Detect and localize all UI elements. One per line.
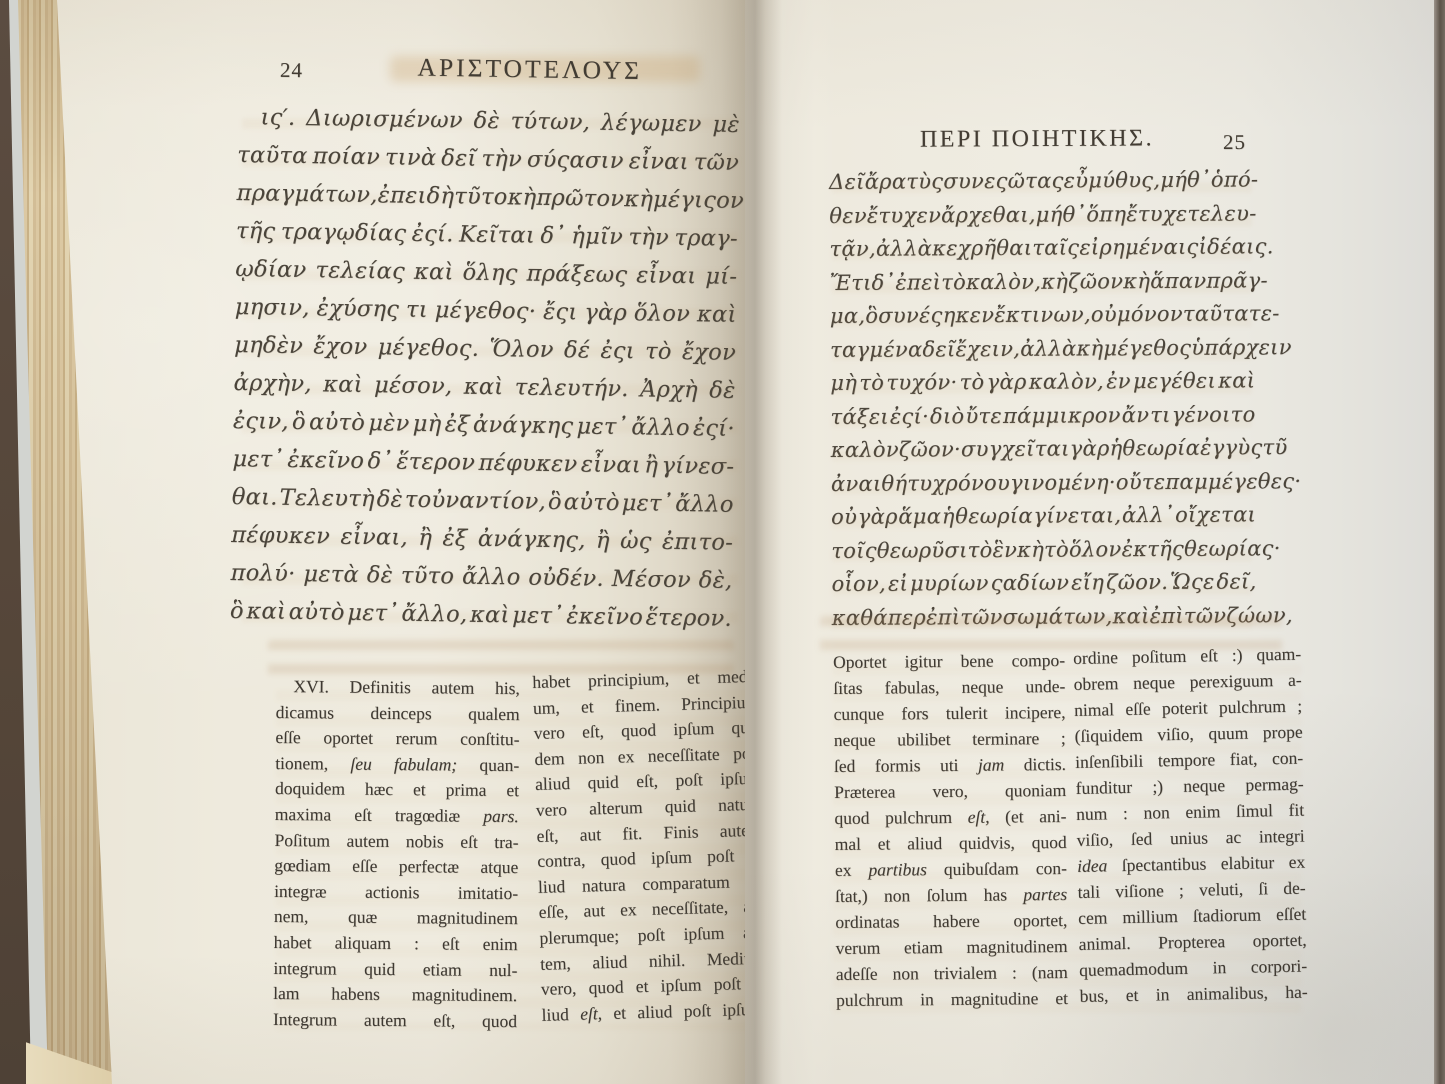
text-line: quodpulchrumeſt,(etani- xyxy=(834,806,1066,834)
text-line: integrumquidetiamnul- xyxy=(273,958,517,986)
text-line: οὐγὰρἅμαἡθεωρίαγίνεται,ἀλλ᾽οἴχεται xyxy=(831,502,1256,538)
text-line: μα,ὃσυνέςηκενἔκτινων,οὐμόνονταῦτατε- xyxy=(830,301,1255,337)
text-line: nequeubilibetterminare; xyxy=(834,728,1066,756)
text-line: liudeſt,etaliudpoſtipſum. xyxy=(541,998,768,1030)
text-line: τοῖςθεωρῦσιτὸἓνκὴτὸὅλονἐκτῆςθεωρίας· xyxy=(831,536,1256,572)
text-line: Δεῖἄρατὺςσυνεςῶταςεὖμύθυς,μήθ᾽ὁπό- xyxy=(829,167,1254,203)
text-line: nem,quæmagnitudinem xyxy=(274,906,518,934)
text-line: Ἔτιδ᾽ἐπεὶτὸκαλὸν,κὴζῶονκὴἅπανπρᾶγ- xyxy=(830,268,1255,304)
text-line: τάξειἐςί·διὸὔτεπάμμικρονἄντιγένοιτο xyxy=(830,402,1255,438)
text-line: ſitasfabulas,nequeunde- xyxy=(833,676,1065,704)
latin-column-1-left: XVI.Definitisautemhis,dicamusdeincepsqua… xyxy=(273,676,520,1036)
text-line: τᾷν,ἀλλὰκεχρῆθαιταῖςεἰρημέναιςἰδέαις. xyxy=(829,234,1254,270)
text-line: eſſeoportetrerumconſtitu- xyxy=(275,727,519,755)
left-page: 24 ΑΡΙΣΤΟΤΕΛΟΥΣ ις′.Διωρισμένωνδὲτύτων,λ… xyxy=(0,0,745,1084)
text-line: οἷον,εἰμυρίωνςαδίωνεἴηζῶον.Ὥςεδεῖ, xyxy=(831,569,1256,605)
text-line: Oportetigiturbenecompo- xyxy=(833,650,1065,678)
greek-text-block-left: ις′.Διωρισμένωνδὲτύτων,λέγωμενμὲταῦταποί… xyxy=(230,104,740,644)
text-line: ordinatashabereoportet, xyxy=(835,910,1067,938)
text-line: dicamusdeincepsqualem xyxy=(276,702,520,730)
text-line: verumetiammagnitudinem xyxy=(835,936,1067,964)
book-cover-edge-right xyxy=(1434,0,1445,1084)
text-line: ſedformisutijamdictis. xyxy=(834,754,1066,782)
right-page: ΠΕΡΙ ΠΟΙΗΤΙΚΗΣ. 25 Δεῖἄρατὺςσυνεςῶταςεὖμ… xyxy=(745,0,1437,1084)
text-line: tionem,ſeufabulam;quan- xyxy=(275,753,519,781)
text-line: XVI.Definitisautemhis, xyxy=(276,676,520,704)
text-line: ὃκαὶαὐτὸμετ᾽ἄλλο,καὶμετ᾽ἐκεῖνοἕτερον. xyxy=(230,598,733,644)
text-line: cunqueforstuleritincipere, xyxy=(833,702,1065,730)
page-number-left: 24 xyxy=(280,58,303,83)
text-line: καλὸνζῶον·συγχεῖταιγὰρἡθεωρίαἐγγὺςτῦ xyxy=(831,435,1256,471)
latin-column-1-right: Oportetigiturbenecompo-ſitasfabulas,nequ… xyxy=(833,650,1068,1016)
running-title-right: ΠΕΡΙ ΠΟΙΗΤΙΚΗΣ. xyxy=(897,125,1177,153)
text-line: Prætereavero,quoniam xyxy=(834,780,1066,808)
latin-column-2-left: habetprincipium,etmedi-um,etfinem.Princi… xyxy=(532,666,768,1030)
latin-column-2-right: ordinepoſitumeſt:)quam-obremnequeperexig… xyxy=(1073,644,1308,1012)
text-line: lamhabensmagnitudinem. xyxy=(273,983,517,1011)
running-title-left: ΑΡΙΣΤΟΤΕΛΟΥΣ xyxy=(385,52,675,87)
text-line: maletaliudquidvis,quod xyxy=(835,832,1067,860)
text-line: doquidemhæcetprimaet xyxy=(275,778,519,806)
page-number-right: 25 xyxy=(1223,130,1246,155)
text-line: μὴτὸτυχόν·τὸγὰρκαλὸν,ἐνμεγέθεικαὶ xyxy=(830,368,1255,404)
text-line: Integrumautemeſt,quod xyxy=(273,1009,517,1037)
text-line: pulchruminmagnitudineet xyxy=(836,988,1068,1016)
text-line: θενἔτυχενἄρχεθαι,μήθ᾽ὅπηἔτυχετελευ- xyxy=(829,201,1254,237)
text-line: maximaeſttragœdiæpars. xyxy=(275,804,519,832)
text-line: ἀναιθήτυχρόνουγινομένη·οὔτεπαμμέγεθες· xyxy=(831,469,1256,505)
text-line: adeſſenontrivialem:(nam xyxy=(836,962,1068,990)
text-line: ſtat,)nonſolumhaspartes xyxy=(835,884,1067,912)
text-line: expartibusquibuſdamcon- xyxy=(835,858,1067,886)
text-line: bus,etinanimalibus,ha- xyxy=(1079,982,1307,1012)
text-line: ταγμέναδεῖἔχειν,ἀλλὰκὴμέγεθοςὑπάρχειν xyxy=(830,335,1255,371)
bleed-through-text-right xyxy=(820,616,1282,652)
greek-text-block-right: Δεῖἄρατὺςσυνεςῶταςεὖμύθυς,μήθ᾽ὁπό-θενἔτυ… xyxy=(829,167,1257,639)
text-line: habetaliquam:eſtenim xyxy=(274,932,518,960)
text-line: integræactionisimitatio- xyxy=(274,881,518,909)
text-line: Poſitumautemnobiseſttra- xyxy=(274,830,518,858)
text-line: gœdiameſſeperfectæatque xyxy=(274,855,518,883)
photo-of-open-book: 24 ΑΡΙΣΤΟΤΕΛΟΥΣ ις′.Διωρισμένωνδὲτύτων,λ… xyxy=(0,0,1445,1084)
